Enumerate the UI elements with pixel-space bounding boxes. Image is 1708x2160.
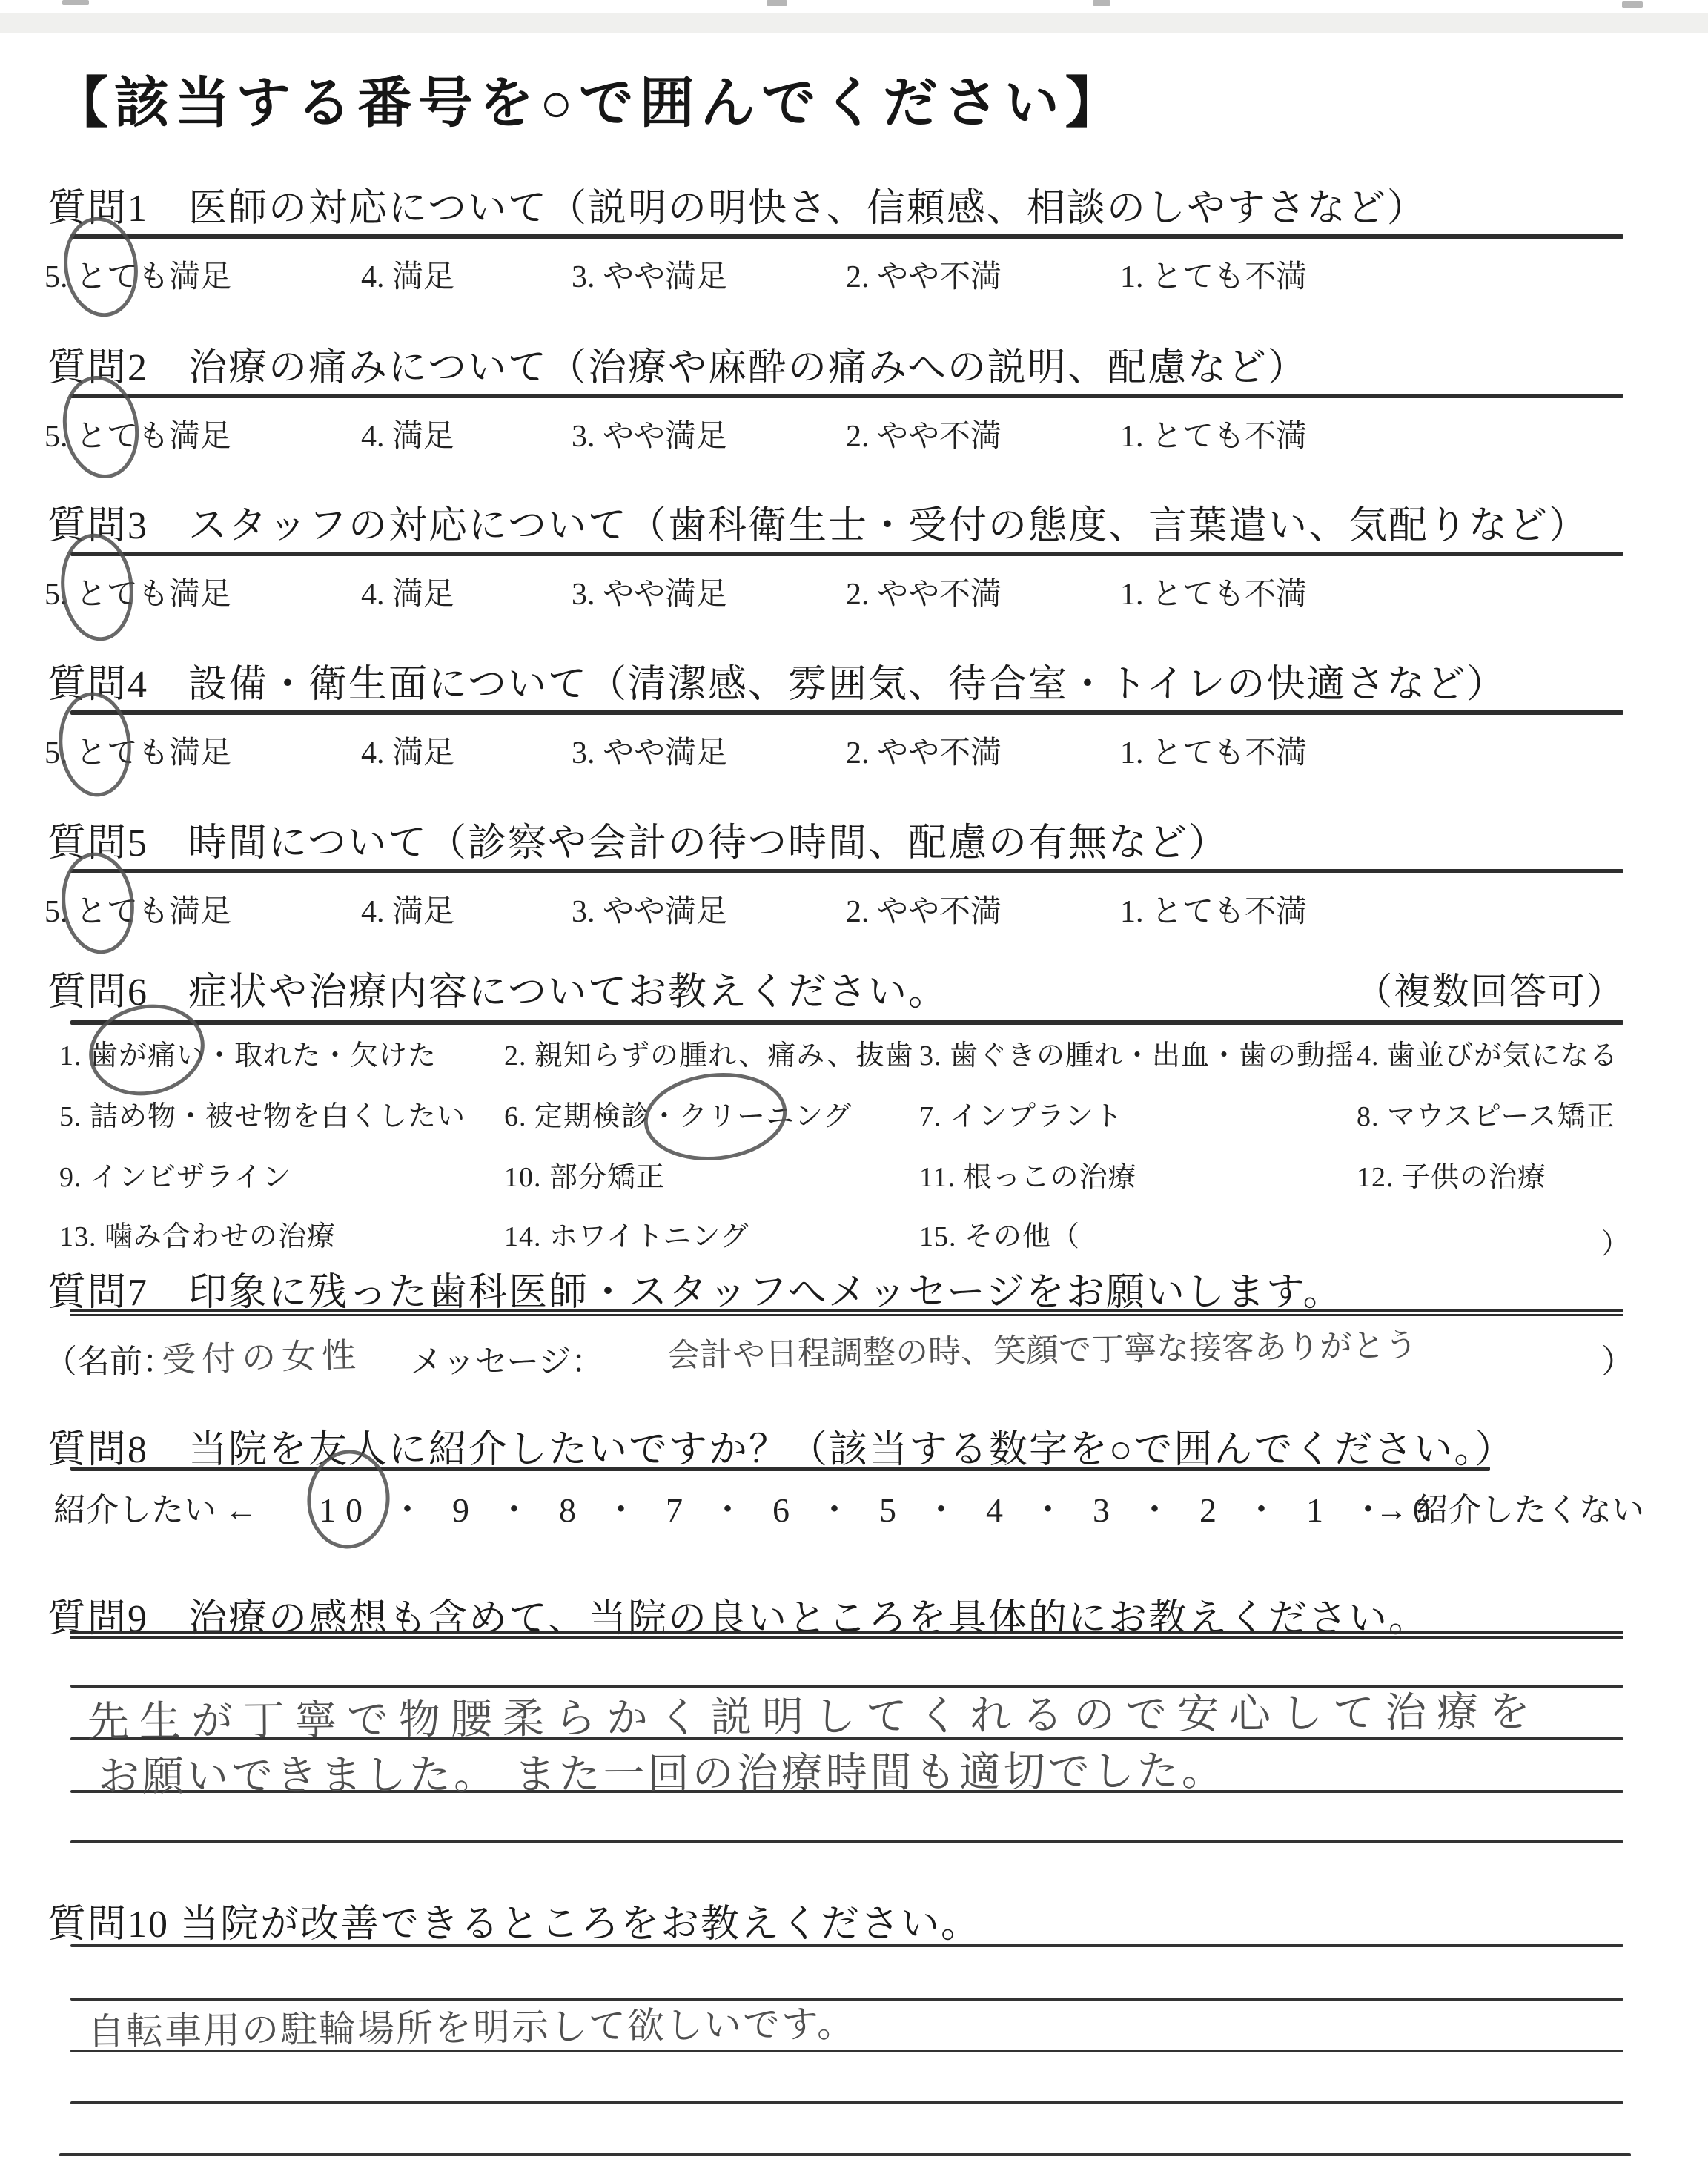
question-8-underline xyxy=(70,1467,1490,1471)
question-6-underline xyxy=(70,1020,1623,1025)
scan-artifact xyxy=(1622,1,1643,8)
question-5-option-4: 4. 満足 xyxy=(361,887,454,931)
question-2-option-2: 2. やや不満 xyxy=(846,412,1002,456)
question-4-header: 質問4 設備・衛生面について（清潔感、雰囲気、待合室・トイレの快適さなど） xyxy=(47,653,1506,708)
question-2-option-1: 1. とても不満 xyxy=(1120,412,1307,456)
q8-left-label: 紹介したい ← xyxy=(53,1483,257,1530)
scan-artifact xyxy=(62,0,89,5)
question-10-header: 質問10 当院が改善できるところをお教えください。 xyxy=(47,1892,981,1948)
question-2-header: 質問2 治療の痛みについて（治療や麻酔の痛みへの説明、配慮など） xyxy=(47,336,1308,392)
q6-item-3: 3. 歯ぐきの腫れ・出血・歯の動揺 xyxy=(919,1032,1354,1073)
question-3-option-4: 4. 満足 xyxy=(361,569,454,614)
question-8-header: 質問8 当院を友人に紹介したいですか？（該当する数字を○で囲んでください。） xyxy=(47,1418,1515,1473)
q6-item-15: 15. その他（ xyxy=(919,1213,1080,1254)
scan-artifact xyxy=(767,0,787,6)
question-2-option-3: 3. やや満足 xyxy=(572,412,727,456)
q8-nps-scale: 10 ・ 9 ・ 8 ・ 7 ・ 6 ・ 5 ・ 4 ・ 3 ・ 2 ・ 1 ・… xyxy=(319,1483,1440,1532)
question-1-option-1: 1. とても不満 xyxy=(1120,252,1307,297)
question-5-option-1: 1. とても不満 xyxy=(1120,887,1307,931)
question-7-underline xyxy=(70,1309,1623,1316)
question-4-option-2: 2. やや不満 xyxy=(846,728,1002,773)
question-10-underline xyxy=(70,1944,1623,1947)
scan-artifact xyxy=(1093,0,1110,6)
question-1-header: 質問1 医師の対応について（説明の明快さ、信頼感、相談のしやすさなど） xyxy=(47,176,1427,232)
question-2-option-5: 5. とても満足 xyxy=(44,412,231,456)
form-title: 【該当する番号を○で囲んでください】 xyxy=(53,59,1126,138)
q9-answer-line-rule-4 xyxy=(70,1840,1623,1843)
handwritten-circles-overlay xyxy=(0,0,1708,2160)
question-3-header: 質問3 スタッフの対応について（歯科衛生士・受付の態度、言葉遣い、気配りなど） xyxy=(47,494,1589,549)
question-5-option-3: 3. やや満足 xyxy=(572,887,727,931)
question-3-underline xyxy=(70,552,1623,556)
question-1-option-4: 4. 満足 xyxy=(361,252,454,297)
question-2-underline xyxy=(70,394,1623,398)
question-3-option-1: 1. とても不満 xyxy=(1120,569,1307,614)
q6-item-11: 11. 根っこの治療 xyxy=(919,1154,1137,1195)
q6-item-8: 8. マウスピース矯正 xyxy=(1357,1093,1615,1134)
survey-form-page: 【該当する番号を○で囲んでください】 質問1 医師の対応について（説明の明快さ、… xyxy=(0,0,1708,2160)
question-5-option-2: 2. やや不満 xyxy=(846,887,1002,931)
question-5-option-5: 5. とても満足 xyxy=(44,887,231,931)
q7-message-label: メッセージ： xyxy=(410,1335,603,1382)
question-4-option-4: 4. 満足 xyxy=(361,728,454,773)
question-7-header: 質問7 印象に残った歯科医師・スタッフへメッセージをお願いします。 xyxy=(47,1261,1343,1316)
q9-answer-handwritten-line2: お願いできました。 また一回の治療時間も適切でした。 xyxy=(98,1738,1226,1803)
q6-item-10: 10. 部分矯正 xyxy=(504,1154,665,1195)
q7-name-handwritten: 受付の女性 xyxy=(161,1328,363,1382)
q7-close-paren: ） xyxy=(1601,1335,1634,1382)
question-1-option-5: 5. とても満足 xyxy=(44,252,231,297)
question-3-option-2: 2. やや不満 xyxy=(846,569,1002,614)
q6-item-6: 6. 定期検診・クリーニング xyxy=(504,1093,852,1134)
q6-item-12: 12. 子供の治療 xyxy=(1357,1154,1546,1195)
q6-item-9: 9. インビザライン xyxy=(59,1154,291,1195)
q7-message-handwritten: 会計や日程調整の時、笑顔で丁寧な接客ありがとう xyxy=(667,1318,1418,1376)
question-3-option-5: 5. とても満足 xyxy=(44,569,231,614)
question-9-underline xyxy=(70,1631,1623,1639)
question-6-multi-answer-note: （複数回答可） xyxy=(1355,962,1625,1015)
q6-item-5: 5. 詰め物・被せ物を白くしたい xyxy=(59,1093,466,1134)
q8-right-label: → 紹介したくない xyxy=(1375,1483,1644,1530)
question-4-option-5: 5. とても満足 xyxy=(44,728,231,773)
question-4-underline xyxy=(70,710,1623,715)
question-1-underline xyxy=(70,234,1623,239)
q10-answer-line-rule-4 xyxy=(59,2153,1631,2156)
q6-item-1: 1. 歯が痛い・取れた・欠けた xyxy=(59,1032,437,1073)
question-4-option-3: 3. やや満足 xyxy=(572,728,727,773)
q6-item-7: 7. インプラント xyxy=(919,1093,1123,1134)
q6-item-4: 4. 歯並びが気になる xyxy=(1357,1032,1618,1073)
q6-item-13: 13. 噛み合わせの治療 xyxy=(59,1213,336,1254)
q6-item-14: 14. ホワイトニング xyxy=(504,1213,749,1254)
question-3-option-3: 3. やや満足 xyxy=(572,569,727,614)
q6-item-2: 2. 親知らずの腫れ、痛み、抜歯 xyxy=(504,1032,914,1073)
q7-name-label: （名前： xyxy=(44,1335,175,1382)
question-5-underline xyxy=(70,869,1623,873)
q6-other-close-paren: ） xyxy=(1601,1221,1630,1261)
question-4-option-1: 1. とても不満 xyxy=(1120,728,1307,773)
question-6-header: 質問6 症状や治療内容についてお教えください。 xyxy=(47,960,948,1016)
scan-edge-band xyxy=(0,13,1708,33)
q10-answer-handwritten: 自転車用の駐輪場所を明示して欲しいです。 xyxy=(87,1994,856,2055)
question-1-option-3: 3. やや満足 xyxy=(572,252,727,297)
q9-answer-handwritten-line1: 先生が丁寧で物腰柔らかく説明してくれるので安心して治療を xyxy=(87,1679,1541,1748)
q10-answer-line-rule-3 xyxy=(70,2101,1623,2104)
question-2-option-4: 4. 満足 xyxy=(361,412,454,456)
question-5-header: 質問5 時間について（診察や会計の待つ時間、配慮の有無など） xyxy=(47,811,1228,867)
question-1-option-2: 2. やや不満 xyxy=(846,252,1002,297)
